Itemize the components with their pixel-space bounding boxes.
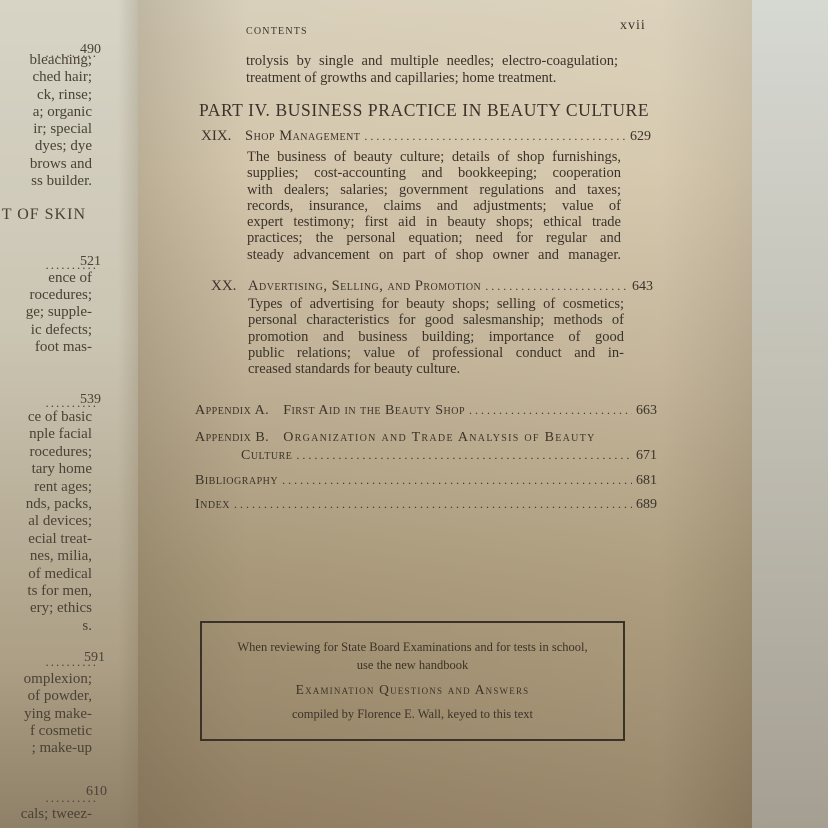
description-line: expert testimony; first aid in beauty sh… (247, 214, 621, 230)
appendix-page-number: 671 (636, 448, 657, 464)
index-label: Index (195, 497, 230, 513)
description-line: Types of advertising for beauty shops; s… (248, 296, 624, 312)
dot-leader: .......... (46, 45, 99, 61)
left-page-text-fragment: a; organic (33, 104, 92, 121)
left-page-text-fragment: brows and (30, 156, 92, 173)
dot-leader: .......... (46, 654, 99, 670)
left-page-text-fragment: rocedures; (30, 444, 92, 461)
left-page-text-fragment: ; make-up (32, 740, 92, 757)
left-page-text-fragment: tary home (32, 461, 92, 478)
toc-entry-bibliography: Bibliography ...........................… (195, 473, 657, 489)
index-page-number: 689 (636, 497, 657, 513)
description-line: records, insurance, claims and adjustmen… (247, 198, 621, 214)
appendix-label: Appendix A. (195, 403, 269, 419)
appendix-title: First Aid in the Beauty Shop (283, 403, 465, 419)
left-page-text-fragment: foot mas- (35, 339, 92, 356)
chapter-page-number: 629 (630, 129, 651, 145)
left-page-text-fragment: ge; supple- (26, 304, 92, 321)
left-page-text-fragment: of powder, (28, 688, 92, 705)
appendix-title: Organization and Trade Analysis of Beaut… (283, 430, 595, 446)
dot-leader: .......... (46, 257, 99, 273)
chapter-title: Advertising, Selling, and Promotion (248, 278, 481, 295)
left-page-text-fragment: ic defects; (31, 322, 92, 339)
left-page-text-fragment: ce of basic (28, 409, 92, 426)
appendix-label: Appendix B. (195, 430, 269, 446)
left-page-text-fragment: omplexion; (24, 671, 92, 688)
continuation-line: trolysis by single and multiple needles;… (246, 53, 618, 70)
left-page-text-fragment: cals; tweez- (21, 806, 92, 823)
notice-line-1: When reviewing for State Board Examinati… (202, 640, 623, 655)
chapter-number: XIX. (201, 128, 245, 145)
dot-leader: ........................................… (469, 403, 632, 418)
description-line: with dealers; salaries; government regul… (247, 182, 621, 198)
handbook-title: Examination Questions and Answers (202, 682, 623, 698)
dot-leader: ........................................… (282, 473, 632, 488)
left-page-text-fragment: s. (82, 618, 92, 635)
left-page-text-fragment: ecial treat- (28, 531, 92, 548)
description-line: supplies; cost-accounting and bookkeepin… (247, 165, 621, 181)
running-head: CONTENTS (246, 26, 308, 37)
left-page-text-fragment: ss builder. (31, 173, 92, 190)
left-page-text-fragment: ched hair; (32, 69, 92, 86)
continuation-text: trolysis by single and multiple needles;… (246, 53, 618, 86)
description-line: creased standards for beauty culture. (248, 361, 624, 377)
dot-leader: ........................................… (234, 497, 632, 512)
toc-entry-appendix-b: Appendix B. Organization and Trade Analy… (195, 430, 657, 446)
chapter-page-number: 643 (632, 279, 653, 295)
chapter-title: Shop Management (245, 128, 360, 145)
left-page-text-fragment: rent ages; (34, 479, 92, 496)
appendix-page-number: 663 (636, 403, 657, 419)
page-folio: xvii (620, 18, 646, 34)
left-page-text-fragment: ery; ethics (30, 600, 92, 617)
description-line: personal characteristics for good salesm… (248, 312, 624, 328)
left-page-section-heading: T OF SKIN (2, 206, 86, 224)
dot-leader: ........................................… (296, 448, 632, 463)
description-line: The business of beauty culture; details … (247, 149, 621, 165)
left-page-text-fragment: nds, packs, (26, 496, 92, 513)
left-page-text-fragment: rocedures; (30, 287, 92, 304)
bibliography-label: Bibliography (195, 473, 278, 489)
chapter-number: XX. (211, 278, 248, 295)
description-line: practices; the personal equation; need f… (247, 230, 621, 246)
toc-entry-chapter-19: XIX. Shop Management ...................… (201, 128, 651, 145)
continuation-line: treatment of growths and capillaries; ho… (246, 70, 618, 87)
left-page-text-fragment: ir; special (33, 121, 92, 138)
left-page-text-fragment: al devices; (28, 513, 92, 530)
chapter-20-description: Types of advertising for beauty shops; s… (248, 296, 624, 377)
dot-leader: .......... (46, 395, 99, 411)
toc-entry-index: Index ..................................… (195, 497, 657, 513)
bibliography-page-number: 681 (636, 473, 657, 489)
left-page-text-fragment: nple facial (29, 426, 92, 443)
dot-leader: ........................................… (364, 129, 626, 144)
description-line: steady advancement on part of shop owner… (247, 247, 621, 263)
handbook-notice-box: When reviewing for State Board Examinati… (200, 621, 625, 741)
left-page-text-fragment: ck, rinse; (37, 87, 92, 104)
dot-leader: ........................................… (485, 279, 628, 294)
left-page-text-fragment: dyes; dye (35, 138, 92, 155)
notice-line-4: compiled by Florence E. Wall, keyed to t… (202, 707, 623, 722)
toc-entry-chapter-20: XX. Advertising, Selling, and Promotion … (211, 278, 653, 295)
left-page-text-fragment: f cosmetic (30, 723, 92, 740)
dot-leader: .......... (46, 790, 99, 806)
left-page-text-fragment: ts for men, (27, 583, 92, 600)
description-line: public relations; value of professional … (248, 345, 624, 361)
left-page-text-fragment: nes, milia, (30, 548, 92, 565)
appendix-title-continued: Culture (241, 448, 292, 464)
notice-line-2: use the new handbook (202, 658, 623, 673)
part-heading: PART IV. BUSINESS PRACTICE IN BEAUTY CUL… (199, 100, 649, 121)
left-page-text-fragment: of medical (28, 566, 92, 583)
chapter-19-description: The business of beauty culture; details … (247, 149, 621, 263)
description-line: promotion and business building; importa… (248, 329, 624, 345)
toc-entry-appendix-a: Appendix A. First Aid in the Beauty Shop… (195, 403, 657, 419)
left-page-text-fragment: ying make- (24, 706, 92, 723)
toc-entry-appendix-b-continued: Culture ................................… (241, 448, 657, 464)
